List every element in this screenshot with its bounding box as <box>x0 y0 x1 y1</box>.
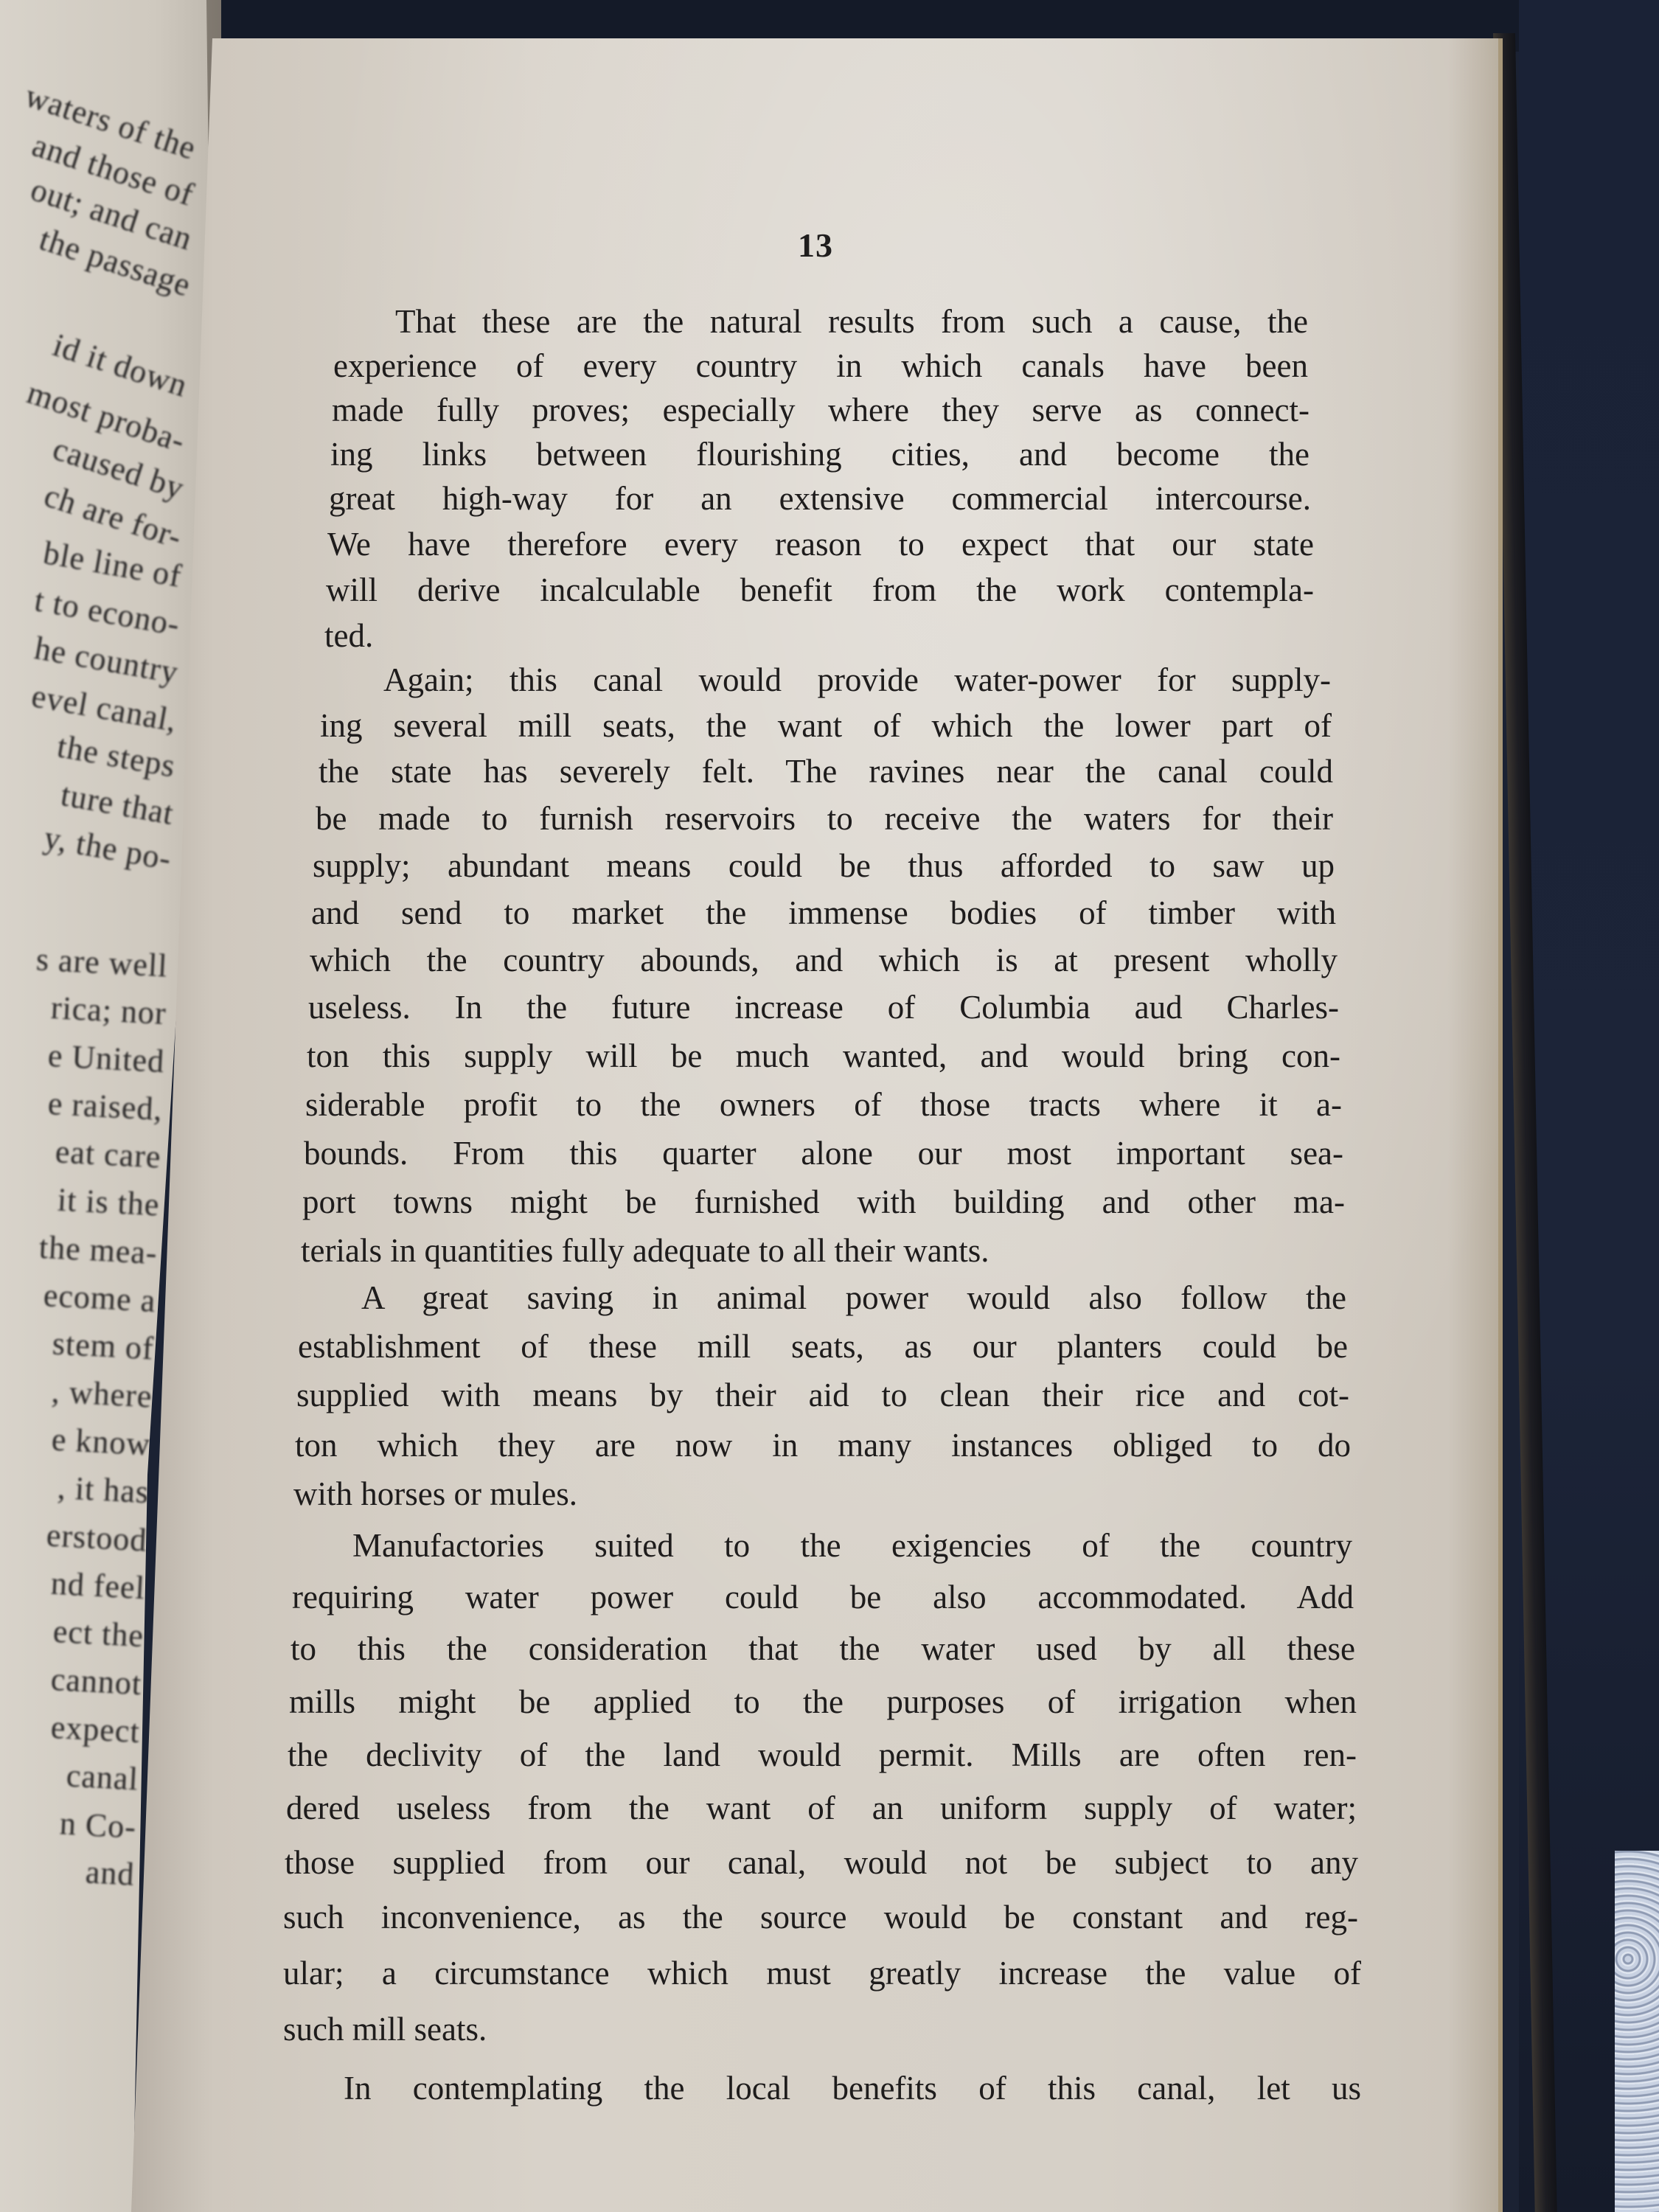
text-line: ular; a circumstance which must greatly … <box>283 1954 1361 1992</box>
text-line: dered useless from the want of an unifor… <box>286 1789 1357 1827</box>
text-line: supplied with means by their aid to clea… <box>296 1376 1349 1414</box>
text-line: be made to furnish reservoirs to receive… <box>316 799 1333 838</box>
facing-page-fragment: e United <box>47 1037 166 1080</box>
text-line: A great saving in animal power would als… <box>361 1279 1346 1317</box>
facing-page-fragment: , where <box>51 1372 153 1415</box>
text-line: which the country abounds, and which is … <box>310 941 1338 979</box>
facing-page-fragment: stem of <box>52 1324 155 1367</box>
text-line: ing several mill seats, the want of whic… <box>320 706 1332 745</box>
facing-page-fragment: , it has <box>57 1469 150 1511</box>
text-line: siderable profit to the owners of those … <box>305 1085 1342 1124</box>
text-line: ing links between flourishing cities, an… <box>330 435 1310 473</box>
text-line: those supplied from our canal, would not… <box>285 1843 1358 1882</box>
text-line: great high-way for an extensive commerci… <box>329 479 1311 518</box>
text-line: the declivity of the land would permit. … <box>288 1736 1357 1774</box>
facing-page-fragment: it is the <box>56 1180 160 1223</box>
facing-page-fragment: s are well <box>35 940 169 984</box>
cloth-background <box>1615 1851 1659 2212</box>
text-line: port towns might be furnished with build… <box>302 1183 1345 1221</box>
facing-page-fragment: erstood <box>46 1516 148 1559</box>
text-line: such inconvenience, as the source would … <box>283 1898 1358 1936</box>
text-line: We have therefore every reason to expect… <box>327 525 1314 563</box>
facing-page-fragment: canal <box>65 1756 139 1798</box>
text-line: terials in quantities fully adequate to … <box>301 1231 1208 1270</box>
text-line: bounds. From this quarter alone our most… <box>304 1134 1343 1172</box>
page-number: 13 <box>798 226 833 265</box>
text-line: experience of every country in which can… <box>333 347 1308 385</box>
facing-page-fragment: nd feel <box>50 1565 146 1607</box>
text-line: such mill seats. <box>283 2010 563 2048</box>
facing-page-fragment: e raised, <box>47 1085 164 1128</box>
text-line: That these are the natural results from … <box>395 302 1308 341</box>
text-line: to this the consideration that the water… <box>291 1630 1355 1668</box>
facing-page-fragment: n Co- <box>59 1804 138 1846</box>
facing-page-fragment: the mea- <box>38 1228 159 1272</box>
text-line: with horses or mules. <box>293 1475 677 1513</box>
text-line: ton this supply will be much wanted, and… <box>307 1037 1340 1075</box>
text-line: and send to market the immense bodies of… <box>311 894 1336 932</box>
text-line: useless. In the future increase of Colum… <box>308 988 1339 1026</box>
facing-page-fragment: ect the <box>52 1613 145 1655</box>
facing-page-fragment: cannot <box>50 1660 143 1703</box>
text-line: ton which they are now in many instances… <box>295 1426 1351 1464</box>
text-line: the state has severely felt. The ravines… <box>319 752 1333 790</box>
facing-page-fragment: e know <box>51 1421 152 1464</box>
text-line: requiring water power could be also acco… <box>292 1578 1354 1616</box>
text-line: ted. <box>324 616 383 655</box>
text-line: establishment of these mill seats, as ou… <box>298 1327 1348 1366</box>
facing-page-fragment: and <box>85 1853 136 1893</box>
facing-page-fragment: ecome a <box>43 1276 157 1320</box>
text-line: Manufactories suited to the exigencies o… <box>352 1526 1352 1565</box>
text-line: made fully proves; especially where they… <box>332 391 1310 429</box>
facing-page-fragment: expect <box>50 1708 141 1750</box>
text-line: In contemplating the local benefits of t… <box>344 2069 1361 2107</box>
facing-page-fragment: eat care <box>55 1133 162 1175</box>
text-line: will derive incalculable benefit from th… <box>326 571 1314 609</box>
text-line: mills might be applied to the purposes o… <box>289 1683 1357 1721</box>
text-line: Again; this canal would provide water-po… <box>383 661 1331 699</box>
text-line: supply; abundant means could be thus aff… <box>313 846 1335 885</box>
facing-page-fragment: rica; nor <box>50 989 167 1032</box>
